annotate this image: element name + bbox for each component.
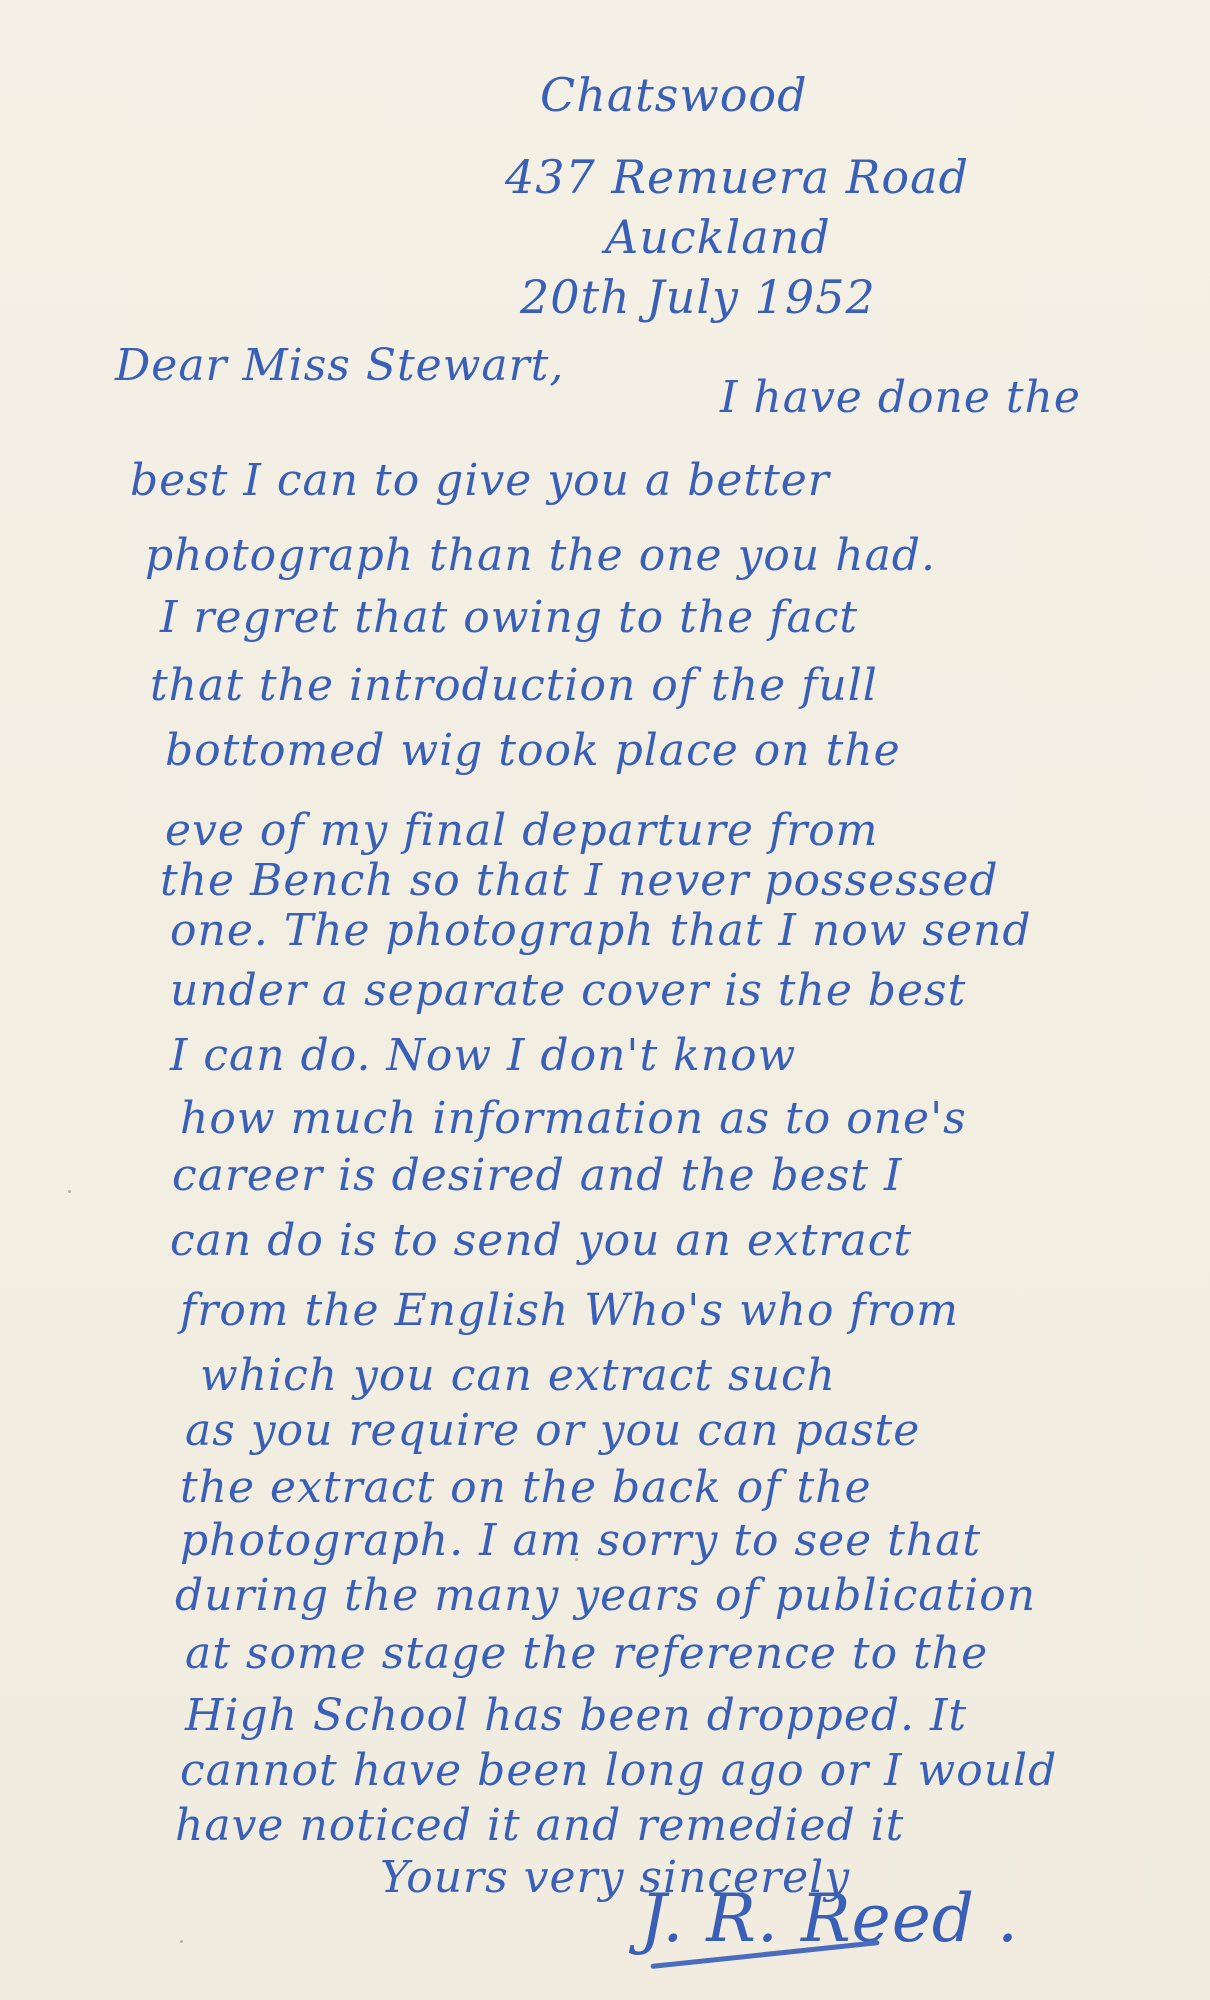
body-line: best I can to give you a better (130, 455, 830, 506)
body-line: as you require or you can paste (185, 1405, 920, 1456)
body-line: bottomed wig took place on the (165, 725, 901, 776)
body-line: have noticed it and remedied it (175, 1800, 904, 1851)
body-line: which you can extract such (200, 1350, 836, 1401)
body-line: during the many years of publication (175, 1570, 1036, 1621)
body-line: I have done the (720, 372, 1081, 423)
body-line: that the introduction of the full (150, 660, 878, 711)
body-line: High School has been dropped. It (185, 1690, 967, 1741)
paper-speck (68, 1190, 71, 1193)
body-line: eve of my final departure from (165, 805, 878, 856)
body-line: photograph. I am sorry to see that (180, 1515, 981, 1566)
address-street: 437 Remuera Road (505, 150, 969, 204)
body-line: career is desired and the best I (172, 1150, 902, 1201)
letter-page: Chatswood 437 Remuera Road Auckland 20th… (0, 0, 1210, 2000)
body-line: from the English Who's who from (180, 1285, 959, 1336)
body-line: can do is to send you an extract (170, 1215, 912, 1266)
body-line: how much information as to one's (180, 1093, 967, 1144)
address-city: Auckland (605, 210, 831, 264)
body-line: I can do. Now I don't know (170, 1030, 796, 1081)
body-line: the extract on the back of the (180, 1462, 872, 1513)
address-house: Chatswood (540, 68, 808, 122)
salutation: Dear Miss Stewart, (115, 340, 564, 391)
body-line: one. The photograph that I now send (170, 905, 1032, 956)
letter-date: 20th July 1952 (520, 270, 876, 324)
body-line: at some stage the reference to the (185, 1628, 988, 1679)
paper-speck (180, 1940, 183, 1943)
body-line: cannot have been long ago or I would (180, 1745, 1057, 1796)
body-line: the Bench so that I never possessed (160, 855, 999, 906)
body-line: I regret that owing to the fact (160, 592, 858, 643)
body-line: photograph than the one you had. (145, 530, 936, 581)
paper-speck (575, 1558, 578, 1561)
body-line: under a separate cover is the best (170, 965, 966, 1016)
